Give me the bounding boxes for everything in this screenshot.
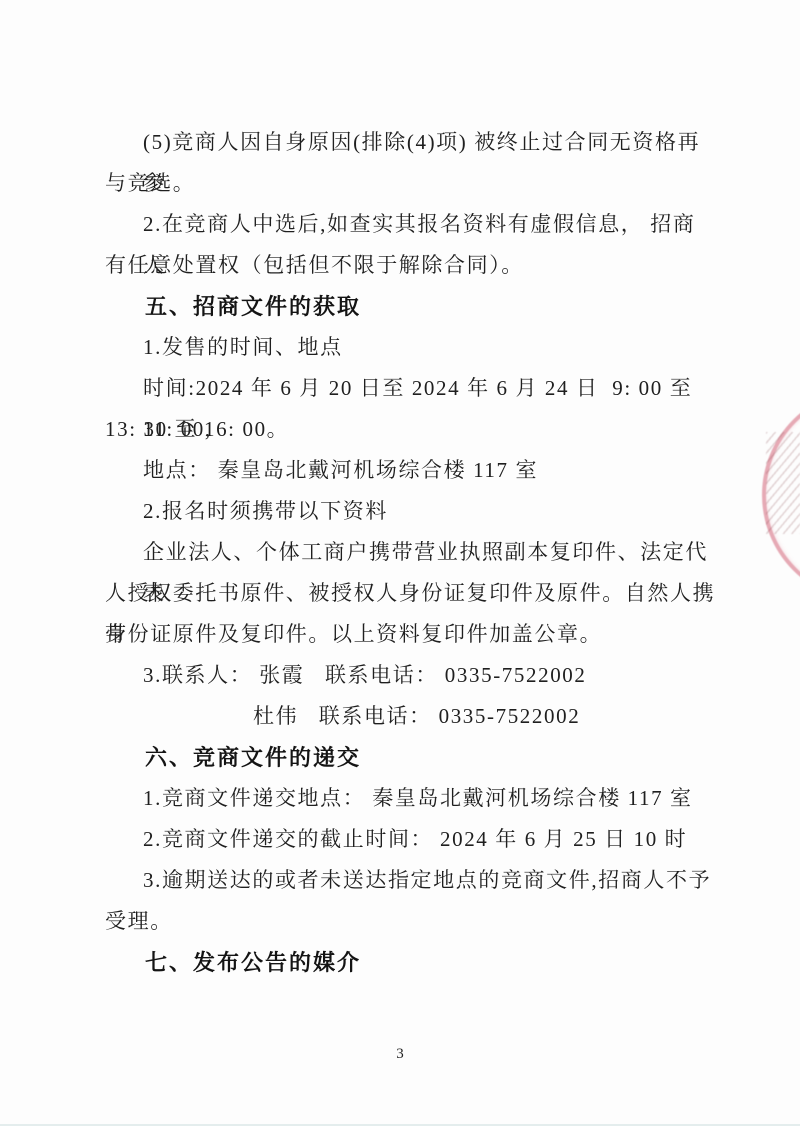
- text-line: 有任意处置权（包括但不限于解除合同）。: [105, 245, 717, 286]
- text-line: (5)竞商人因自身原因(排除(4)项) 被终止过合同无资格再参: [105, 122, 717, 163]
- text-line: 受理。: [105, 901, 717, 942]
- section-heading: 六、竞商文件的递交: [105, 737, 717, 778]
- red-seal-stamp-texture: [766, 432, 800, 534]
- text-line: 时间:2024 年 6 月 20 日至 2024 年 6 月 24 日 9: 0…: [105, 368, 717, 409]
- text-line: 13: 30 至 16: 00。: [105, 409, 717, 450]
- text-line: 1.发售的时间、地点: [105, 327, 717, 368]
- text-line: 与竞选。: [105, 163, 717, 204]
- section-heading: 七、发布公告的媒介: [105, 942, 717, 983]
- document-page: (5)竞商人因自身原因(排除(4)项) 被终止过合同无资格再参与竞选。2.在竞商…: [0, 0, 800, 1126]
- text-line: 3.联系人： 张霞 联系电话： 0335-7522002: [105, 655, 717, 696]
- text-line: 人授权委托书原件、被授权人身份证复印件及原件。自然人携带: [105, 573, 717, 614]
- page-number: 3: [0, 1046, 800, 1063]
- document-body: (5)竞商人因自身原因(排除(4)项) 被终止过合同无资格再参与竞选。2.在竞商…: [105, 122, 717, 983]
- text-line: 身份证原件及复印件。以上资料复印件加盖公章。: [105, 614, 717, 655]
- text-line: 2.竞商文件递交的截止时间： 2024 年 6 月 25 日 10 时: [105, 819, 717, 860]
- text-line: 2.在竞商人中选后,如查实其报名资料有虚假信息， 招商人: [105, 204, 717, 245]
- text-line: 3.逾期送达的或者未送达指定地点的竞商文件,招商人不予: [105, 860, 717, 901]
- section-heading: 五、招商文件的获取: [105, 286, 717, 327]
- text-line: 2.报名时须携带以下资料: [105, 491, 717, 532]
- text-line: 杜伟 联系电话： 0335-7522002: [105, 696, 717, 737]
- text-line: 企业法人、个体工商户携带营业执照副本复印件、法定代表: [105, 532, 717, 573]
- text-line: 1.竞商文件递交地点： 秦皇岛北戴河机场综合楼 117 室: [105, 778, 717, 819]
- text-line: 地点： 秦皇岛北戴河机场综合楼 117 室: [105, 450, 717, 491]
